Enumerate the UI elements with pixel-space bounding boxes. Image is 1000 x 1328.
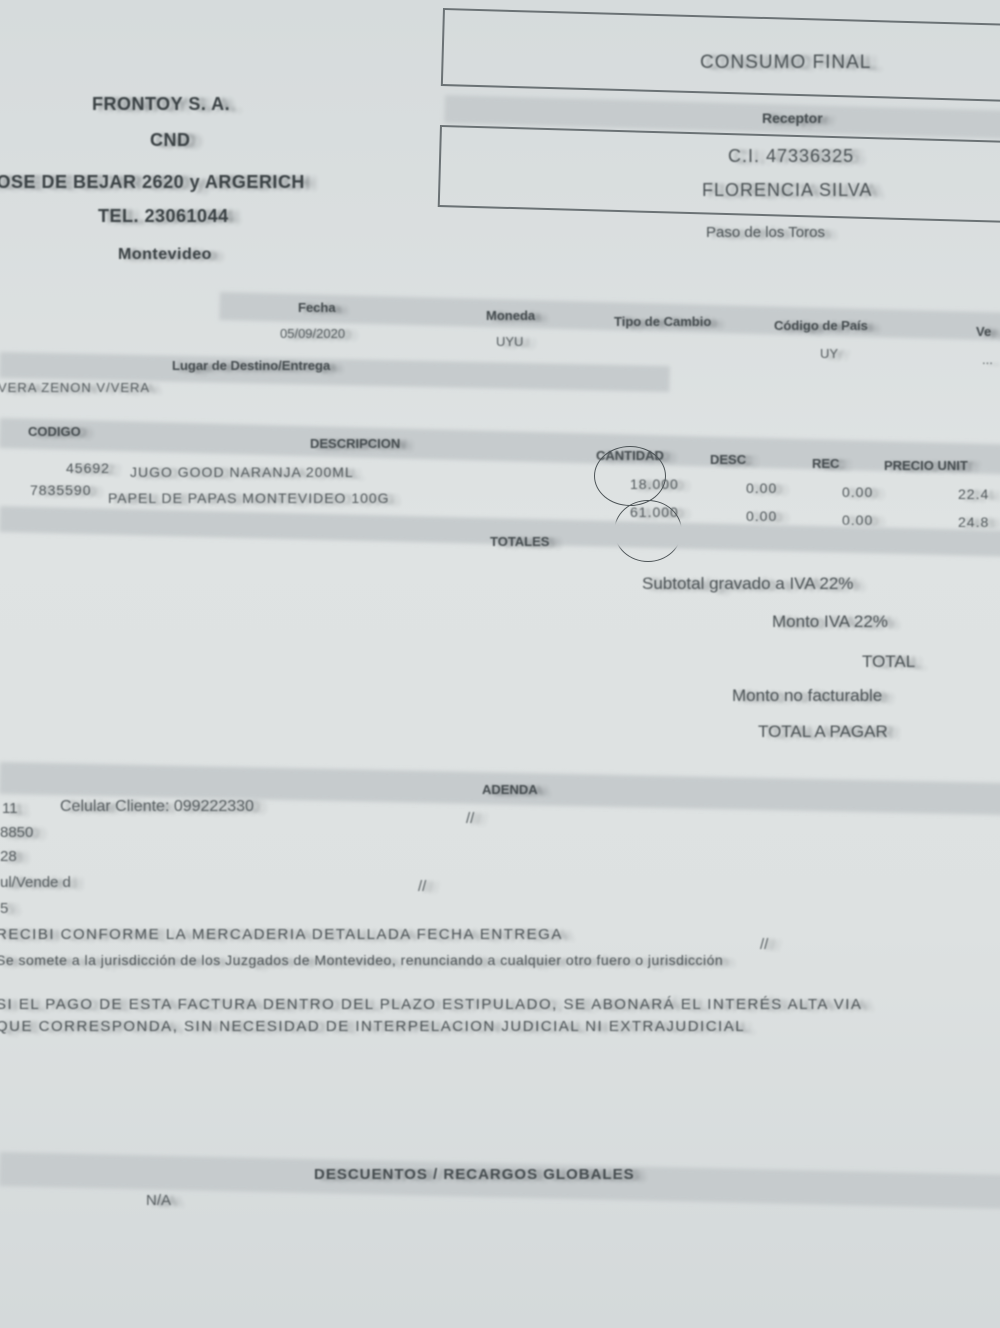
document-type: CONSUMO FINAL — [700, 52, 871, 74]
info-value-pais: UY — [820, 346, 838, 361]
receiver-header: Receptor — [762, 110, 823, 126]
pen-circle-mark — [594, 446, 666, 506]
total-subtotal: Subtotal gravado a IVA 22% — [642, 574, 853, 594]
adenda-fragment: 28 — [0, 848, 17, 865]
info-value-fecha: 05/09/2020 — [280, 326, 345, 341]
issuer-phone: TEL. 23061044 — [98, 206, 229, 227]
adenda-fragment: 8850 — [0, 824, 33, 841]
adenda-separator: // — [418, 878, 426, 895]
receiver-city: Paso de los Toros — [706, 224, 825, 241]
adenda-header: ADENDA — [482, 782, 538, 797]
adenda-separator: // — [760, 936, 768, 953]
issuer-address: JOSE DE BEJAR 2620 y ARGERICH — [0, 172, 305, 193]
item-desc: 0.00 — [746, 480, 777, 496]
item-description: PAPEL DE PAPAS MONTEVIDEO 100G — [108, 490, 390, 506]
item-code: 7835590 — [30, 482, 92, 498]
issuer-name: FRONTOY S. A. — [92, 94, 230, 115]
item-price: 22.4 — [958, 486, 989, 502]
items-header-descripcion: DESCRIPCION — [310, 436, 400, 451]
items-header-desc: DESC — [710, 452, 746, 467]
receiver-id: C.I. 47336325 — [728, 146, 854, 167]
total-a-pagar: TOTAL A PAGAR — [758, 722, 888, 742]
info-header-moneda: Moneda — [486, 308, 535, 323]
info-header-tipo-cambio: Tipo de Cambio — [614, 314, 711, 329]
item-code: 45692 — [66, 460, 110, 476]
receiver-box — [438, 125, 1000, 224]
delivery-header: Lugar de Destino/Entrega — [172, 358, 330, 373]
items-header-precio: PRECIO UNIT — [884, 458, 968, 473]
adenda-separator: // — [466, 810, 474, 827]
item-desc: 0.00 — [746, 508, 777, 524]
adenda-fragment: 5 — [0, 900, 8, 917]
total-iva: Monto IVA 22% — [772, 612, 888, 632]
legal-line: Se somete a la jurisdicción de los Juzga… — [0, 952, 723, 968]
item-description: JUGO GOOD NARANJA 200ML — [130, 464, 354, 480]
info-value-moneda: UYU — [496, 334, 523, 349]
legal-line: QUE CORRESPONDA, SIN NECESIDAD DE INTERP… — [0, 1018, 745, 1035]
items-header-rec: REC — [812, 456, 839, 471]
info-header-ve: Ve — [976, 324, 991, 339]
item-rec: 0.00 — [842, 512, 873, 528]
total-no-facturable: Monto no facturable — [732, 686, 882, 706]
info-header-codigo-pais: Código de País — [774, 318, 868, 333]
global-discounts-value: N/A — [146, 1192, 171, 1209]
info-header-fecha: Fecha — [298, 300, 336, 315]
item-price: 24.8 — [958, 514, 989, 530]
items-header-codigo: CODIGO — [28, 424, 81, 439]
total-total: TOTAL — [862, 652, 915, 672]
global-discounts-header: DESCUENTOS / RECARGOS GLOBALES — [314, 1166, 635, 1183]
adenda-phone: Celular Cliente: 099222330 — [60, 798, 254, 816]
totals-header: TOTALES — [490, 534, 549, 549]
legal-line: RECIBI CONFORME LA MERCADERIA DETALLADA … — [0, 926, 563, 943]
info-value-ve: ... — [982, 352, 993, 367]
delivery-value: VERA ZENON V/VERA — [0, 380, 150, 395]
issuer-cnd: CND — [150, 130, 191, 151]
issuer-city: Montevideo — [118, 246, 212, 264]
receiver-name: FLORENCIA SILVA — [702, 180, 872, 201]
legal-line: SI EL PAGO DE ESTA FACTURA DENTRO DEL PL… — [0, 996, 862, 1013]
item-rec: 0.00 — [842, 484, 873, 500]
adenda-fragment: ul/Vende d — [0, 874, 71, 891]
adenda-fragment: 11 — [2, 800, 18, 817]
